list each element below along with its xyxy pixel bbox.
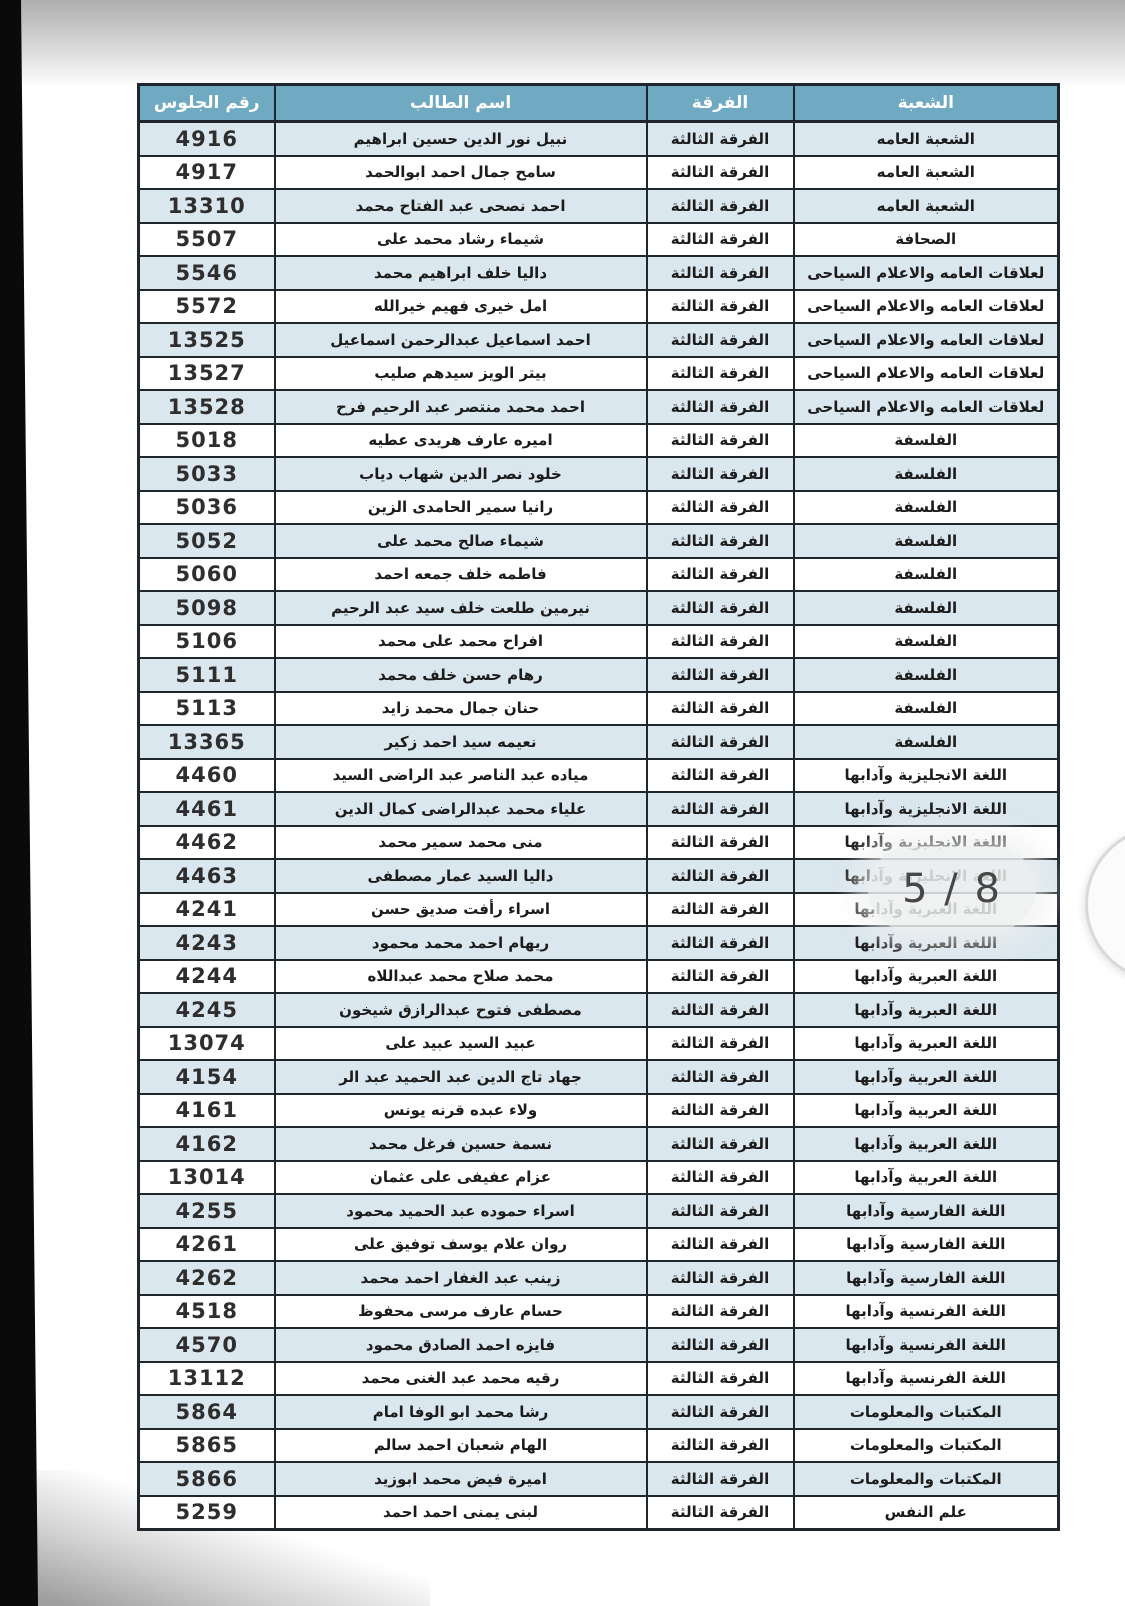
student-name-cell: ريهام احمد محمد محمود	[275, 926, 647, 960]
student-name-cell: عزام عفيفى على عثمان	[275, 1161, 647, 1195]
seat-number-cell: 5866	[139, 1462, 275, 1496]
student-name-cell: مصطفى فتوح عبدالرازق شيخون	[275, 993, 647, 1027]
section-cell: اللغة العربية وآدابها	[794, 1060, 1059, 1094]
section-cell: الفلسفة	[794, 625, 1059, 659]
student-name-cell: نعيمه سيد احمد زكير	[275, 725, 647, 759]
header-row: الشعبة الفرقة اسم الطالب رقم الجلوس	[139, 85, 1059, 122]
table-row: اللغة الفرنسية وآدابهاالفرقة الثالثةفايز…	[139, 1328, 1059, 1362]
year-cell: الفرقة الثالثة	[647, 826, 794, 860]
seat-number-cell: 13310	[139, 189, 275, 223]
year-cell: الفرقة الثالثة	[647, 759, 794, 793]
seat-number-cell: 4161	[139, 1094, 275, 1128]
section-cell: الفلسفة	[794, 424, 1059, 458]
seat-number-cell: 13527	[139, 357, 275, 391]
seat-number-cell: 4255	[139, 1194, 275, 1228]
seat-number-cell: 5052	[139, 524, 275, 558]
year-cell: الفرقة الثالثة	[647, 1027, 794, 1061]
student-name-cell: رشا محمد ابو الوفا امام	[275, 1395, 647, 1429]
table-row: اللغة العربية وآدابهاالفرقة الثالثةنسمة …	[139, 1127, 1059, 1161]
seat-number-cell: 13528	[139, 390, 275, 424]
seat-number-cell: 4262	[139, 1261, 275, 1295]
section-cell: لعلاقات العامه والاعلام السياحى	[794, 357, 1059, 391]
section-cell: المكتبات والمعلومات	[794, 1429, 1059, 1463]
section-cell: اللغة الانجليزية وآدابها	[794, 759, 1059, 793]
seat-number-cell: 13365	[139, 725, 275, 759]
year-cell: الفرقة الثالثة	[647, 256, 794, 290]
student-name-cell: احمد محمد منتصر عبد الرحيم فرح	[275, 390, 647, 424]
section-cell: المكتبات والمعلومات	[794, 1395, 1059, 1429]
student-name-cell: حسام عارف مرسى محفوظ	[275, 1295, 647, 1329]
year-cell: الفرقة الثالثة	[647, 725, 794, 759]
year-cell: الفرقة الثالثة	[647, 189, 794, 223]
year-cell: الفرقة الثالثة	[647, 1395, 794, 1429]
year-cell: الفرقة الثالثة	[647, 893, 794, 927]
student-name-cell: اسراء رأفت صديق حسن	[275, 893, 647, 927]
section-cell: اللغة العبرية وآدابها	[794, 993, 1059, 1027]
table-row: لعلاقات العامه والاعلام السياحىالفرقة ال…	[139, 290, 1059, 324]
table-row: اللغة الفارسية وآدابهاالفرقة الثالثةروان…	[139, 1228, 1059, 1262]
section-cell: الشعبة العامه	[794, 122, 1059, 156]
year-cell: الفرقة الثالثة	[647, 1295, 794, 1329]
student-seat-table: الشعبة الفرقة اسم الطالب رقم الجلوس الشع…	[137, 83, 1060, 1531]
student-name-cell: اسراء حموده عبد الحميد محمود	[275, 1194, 647, 1228]
page-indicator: 5 / 8	[868, 846, 1036, 932]
seat-number-cell: 4154	[139, 1060, 275, 1094]
year-cell: الفرقة الثالثة	[647, 1228, 794, 1262]
student-name-cell: داليا خلف ابراهيم محمد	[275, 256, 647, 290]
table-row: اللغة العربية وآدابهاالفرقة الثالثةجهاد …	[139, 1060, 1059, 1094]
table-row: اللغة الانجليزية وآدابهاالفرقة الثالثةمي…	[139, 759, 1059, 793]
seat-number-cell: 4570	[139, 1328, 275, 1362]
year-cell: الفرقة الثالثة	[647, 223, 794, 257]
seat-number-cell: 4241	[139, 893, 275, 927]
seat-number-cell: 5546	[139, 256, 275, 290]
seat-number-cell: 4917	[139, 156, 275, 190]
section-cell: لعلاقات العامه والاعلام السياحى	[794, 390, 1059, 424]
student-name-cell: نبيل نور الدين حسين ابراهيم	[275, 122, 647, 156]
seat-number-cell: 13074	[139, 1027, 275, 1061]
seat-number-cell: 5098	[139, 591, 275, 625]
seat-number-cell: 4244	[139, 960, 275, 994]
student-name-cell: منى محمد سمير محمد	[275, 826, 647, 860]
student-name-cell: رانيا سمير الحامدى الزين	[275, 491, 647, 525]
student-name-cell: حنان جمال محمد زايد	[275, 692, 647, 726]
year-cell: الفرقة الثالثة	[647, 357, 794, 391]
year-cell: الفرقة الثالثة	[647, 658, 794, 692]
student-name-cell: علياء محمد عبدالراضى كمال الدين	[275, 792, 647, 826]
student-name-cell: نسمة حسين فرغل محمد	[275, 1127, 647, 1161]
table-row: لعلاقات العامه والاعلام السياحىالفرقة ال…	[139, 256, 1059, 290]
column-header-student-name: اسم الطالب	[275, 85, 647, 122]
document-viewer: { "document": { "page_indicator": "5 / 8…	[0, 0, 1125, 1606]
seat-number-cell: 4463	[139, 859, 275, 893]
section-cell: الشعبة العامه	[794, 156, 1059, 190]
seat-number-cell: 5036	[139, 491, 275, 525]
seat-number-cell: 4461	[139, 792, 275, 826]
year-cell: الفرقة الثالثة	[647, 1161, 794, 1195]
student-name-cell: لبنى يمنى احمد احمد	[275, 1496, 647, 1530]
section-cell: الفلسفة	[794, 491, 1059, 525]
table-row: المكتبات والمعلوماتالفرقة الثالثةالهام ش…	[139, 1429, 1059, 1463]
table-row: الفلسفةالفرقة الثالثةرهام حسن خلف محمد51…	[139, 658, 1059, 692]
section-cell: اللغة العربية وآدابها	[794, 1127, 1059, 1161]
seat-number-cell: 13112	[139, 1362, 275, 1396]
section-cell: اللغة العربية وآدابها	[794, 1094, 1059, 1128]
year-cell: الفرقة الثالثة	[647, 524, 794, 558]
table-row: الفلسفةالفرقة الثالثةشيماء صالح محمد على…	[139, 524, 1059, 558]
seat-number-cell: 5106	[139, 625, 275, 659]
section-cell: اللغة العبرية وآدابها	[794, 1027, 1059, 1061]
section-cell: لعلاقات العامه والاعلام السياحى	[794, 323, 1059, 357]
table-row: لعلاقات العامه والاعلام السياحىالفرقة ال…	[139, 323, 1059, 357]
year-cell: الفرقة الثالثة	[647, 457, 794, 491]
section-cell: اللغة الفارسية وآدابها	[794, 1261, 1059, 1295]
year-cell: الفرقة الثالثة	[647, 1496, 794, 1530]
photo-top-shadow	[0, 0, 1125, 88]
seat-number-cell: 4261	[139, 1228, 275, 1262]
section-cell: اللغة الفرنسية وآدابها	[794, 1328, 1059, 1362]
table-row: الفلسفةالفرقة الثالثةنيرمين طلعت خلف سيد…	[139, 591, 1059, 625]
section-cell: لعلاقات العامه والاعلام السياحى	[794, 256, 1059, 290]
table-row: علم النفسالفرقة الثالثةلبنى يمنى احمد اح…	[139, 1496, 1059, 1530]
student-name-cell: افراح محمد على محمد	[275, 625, 647, 659]
seat-number-cell: 5113	[139, 692, 275, 726]
seat-number-cell: 5018	[139, 424, 275, 458]
section-cell: علم النفس	[794, 1496, 1059, 1530]
year-cell: الفرقة الثالثة	[647, 926, 794, 960]
section-cell: المكتبات والمعلومات	[794, 1462, 1059, 1496]
table-row: اللغة الانجليزية وآدابهاالفرقة الثالثةعل…	[139, 792, 1059, 826]
section-cell: الفلسفة	[794, 457, 1059, 491]
year-cell: الفرقة الثالثة	[647, 993, 794, 1027]
student-name-cell: جهاد تاج الدين عبد الحميد عبد الر	[275, 1060, 647, 1094]
column-header-seat-number: رقم الجلوس	[139, 85, 275, 122]
seat-number-cell: 4243	[139, 926, 275, 960]
table-row: الصحافةالفرقة الثالثةشيماء رشاد محمد على…	[139, 223, 1059, 257]
section-cell: اللغة الفرنسية وآدابها	[794, 1295, 1059, 1329]
year-cell: الفرقة الثالثة	[647, 859, 794, 893]
seat-number-cell: 5507	[139, 223, 275, 257]
student-name-cell: احمد اسماعيل عبدالرحمن اسماعيل	[275, 323, 647, 357]
column-header-section: الشعبة	[794, 85, 1059, 122]
year-cell: الفرقة الثالثة	[647, 1127, 794, 1161]
table-row: المكتبات والمعلوماتالفرقة الثالثةرشا محم…	[139, 1395, 1059, 1429]
seat-number-cell: 4518	[139, 1295, 275, 1329]
section-cell: اللغة العبرية وآدابها	[794, 960, 1059, 994]
section-cell: اللغة الانجليزية وآدابها	[794, 792, 1059, 826]
year-cell: الفرقة الثالثة	[647, 424, 794, 458]
year-cell: الفرقة الثالثة	[647, 1328, 794, 1362]
seat-number-cell: 5259	[139, 1496, 275, 1530]
seat-number-cell: 5864	[139, 1395, 275, 1429]
table-row: اللغة الفرنسية وآدابهاالفرقة الثالثةرقيه…	[139, 1362, 1059, 1396]
section-cell: الشعبة العامه	[794, 189, 1059, 223]
student-name-cell: اميره عارف هريدى عطيه	[275, 424, 647, 458]
section-cell: اللغة الفرنسية وآدابها	[794, 1362, 1059, 1396]
year-cell: الفرقة الثالثة	[647, 156, 794, 190]
year-cell: الفرقة الثالثة	[647, 122, 794, 156]
year-cell: الفرقة الثالثة	[647, 491, 794, 525]
seat-number-cell: 4916	[139, 122, 275, 156]
student-name-cell: رهام حسن خلف محمد	[275, 658, 647, 692]
year-cell: الفرقة الثالثة	[647, 692, 794, 726]
seat-number-cell: 4162	[139, 1127, 275, 1161]
student-name-cell: محمد صلاح محمد عبداللاه	[275, 960, 647, 994]
year-cell: الفرقة الثالثة	[647, 290, 794, 324]
student-name-cell: روان علام يوسف توفيق على	[275, 1228, 647, 1262]
table-row: اللغة الفارسية وآدابهاالفرقة الثالثةزينب…	[139, 1261, 1059, 1295]
student-name-cell: شيماء صالح محمد على	[275, 524, 647, 558]
year-cell: الفرقة الثالثة	[647, 558, 794, 592]
column-header-year: الفرقة	[647, 85, 794, 122]
section-cell: الصحافة	[794, 223, 1059, 257]
year-cell: الفرقة الثالثة	[647, 960, 794, 994]
student-name-cell: زينب عبد الغفار احمد محمد	[275, 1261, 647, 1295]
year-cell: الفرقة الثالثة	[647, 1429, 794, 1463]
student-name-cell: داليا السيد عمار مصطفى	[275, 859, 647, 893]
seat-number-cell: 5111	[139, 658, 275, 692]
student-name-cell: مياده عبد الناصر عبد الراضى السيد	[275, 759, 647, 793]
scroll-handle-button[interactable]	[1085, 826, 1125, 982]
student-name-cell: اميرة فيض محمد ابوزيد	[275, 1462, 647, 1496]
table-row: الفلسفةالفرقة الثالثةفاطمه خلف جمعه احمد…	[139, 558, 1059, 592]
student-name-cell: خلود نصر الدين شهاب دياب	[275, 457, 647, 491]
table-row: الشعبة العامهالفرقة الثالثةاحمد نصحى عبد…	[139, 189, 1059, 223]
year-cell: الفرقة الثالثة	[647, 1462, 794, 1496]
section-cell: الفلسفة	[794, 692, 1059, 726]
seat-number-cell: 5572	[139, 290, 275, 324]
year-cell: الفرقة الثالثة	[647, 625, 794, 659]
table-row: المكتبات والمعلوماتالفرقة الثالثةاميرة ف…	[139, 1462, 1059, 1496]
photo-edge-bar	[0, 0, 40, 1606]
table-header: الشعبة الفرقة اسم الطالب رقم الجلوس	[139, 85, 1059, 122]
student-name-cell: بيتر الويز سيدهم صليب	[275, 357, 647, 391]
year-cell: الفرقة الثالثة	[647, 1194, 794, 1228]
student-name-cell: احمد نصحى عبد الفتاح محمد	[275, 189, 647, 223]
section-cell: الفلسفة	[794, 558, 1059, 592]
seat-number-cell: 5060	[139, 558, 275, 592]
section-cell: اللغة الفارسية وآدابها	[794, 1228, 1059, 1262]
student-name-cell: فاطمه خلف جمعه احمد	[275, 558, 647, 592]
student-name-cell: شيماء رشاد محمد على	[275, 223, 647, 257]
section-cell: الفلسفة	[794, 591, 1059, 625]
seat-number-cell: 5033	[139, 457, 275, 491]
section-cell: الفلسفة	[794, 658, 1059, 692]
table-row: اللغة العربية وآدابهاالفرقة الثالثةعزام …	[139, 1161, 1059, 1195]
seat-number-cell: 4462	[139, 826, 275, 860]
student-name-cell: فايزه احمد الصادق محمود	[275, 1328, 647, 1362]
section-cell: الفلسفة	[794, 524, 1059, 558]
table-row: اللغة الفارسية وآدابهاالفرقة الثالثةاسرا…	[139, 1194, 1059, 1228]
table-row: اللغة العبرية وآدابهاالفرقة الثالثةمحمد …	[139, 960, 1059, 994]
table-row: اللغة العبرية وآدابهاالفرقة الثالثةعبيد …	[139, 1027, 1059, 1061]
year-cell: الفرقة الثالثة	[647, 390, 794, 424]
section-cell: اللغة العربية وآدابها	[794, 1161, 1059, 1195]
year-cell: الفرقة الثالثة	[647, 792, 794, 826]
student-name-cell: ولاء عبده قرنه يونس	[275, 1094, 647, 1128]
seat-number-cell: 13014	[139, 1161, 275, 1195]
student-name-cell: الهام شعبان احمد سالم	[275, 1429, 647, 1463]
table-row: الشعبة العامهالفرقة الثالثةنبيل نور الدي…	[139, 122, 1059, 156]
student-name-cell: عبيد السيد عبيد على	[275, 1027, 647, 1061]
student-name-cell: سامح جمال احمد ابوالحمد	[275, 156, 647, 190]
table-row: الفلسفةالفرقة الثالثةاميره عارف هريدى عط…	[139, 424, 1059, 458]
table-row: اللغة الفرنسية وآدابهاالفرقة الثالثةحسام…	[139, 1295, 1059, 1329]
student-name-cell: نيرمين طلعت خلف سيد عبد الرحيم	[275, 591, 647, 625]
section-cell: الفلسفة	[794, 725, 1059, 759]
seat-number-cell: 4245	[139, 993, 275, 1027]
year-cell: الفرقة الثالثة	[647, 1060, 794, 1094]
seat-number-cell: 5865	[139, 1429, 275, 1463]
year-cell: الفرقة الثالثة	[647, 323, 794, 357]
table-row: الشعبة العامهالفرقة الثالثةسامح جمال احم…	[139, 156, 1059, 190]
section-cell: لعلاقات العامه والاعلام السياحى	[794, 290, 1059, 324]
table-row: الفلسفةالفرقة الثالثةخلود نصر الدين شهاب…	[139, 457, 1059, 491]
table-row: اللغة العبرية وآدابهاالفرقة الثالثةمصطفى…	[139, 993, 1059, 1027]
table-row: اللغة العربية وآدابهاالفرقة الثالثةولاء …	[139, 1094, 1059, 1128]
table-row: لعلاقات العامه والاعلام السياحىالفرقة ال…	[139, 357, 1059, 391]
seat-number-cell: 4460	[139, 759, 275, 793]
table-row: لعلاقات العامه والاعلام السياحىالفرقة ال…	[139, 390, 1059, 424]
year-cell: الفرقة الثالثة	[647, 1362, 794, 1396]
seat-number-cell: 13525	[139, 323, 275, 357]
student-table-body: الشعبة العامهالفرقة الثالثةنبيل نور الدي…	[139, 122, 1059, 1530]
table-row: الفلسفةالفرقة الثالثةنعيمه سيد احمد زكير…	[139, 725, 1059, 759]
year-cell: الفرقة الثالثة	[647, 591, 794, 625]
student-name-cell: رقيه محمد عبد الغنى محمد	[275, 1362, 647, 1396]
year-cell: الفرقة الثالثة	[647, 1094, 794, 1128]
table-row: الفلسفةالفرقة الثالثةحنان جمال محمد زايد…	[139, 692, 1059, 726]
student-name-cell: امل خيرى فهيم خيرالله	[275, 290, 647, 324]
section-cell: اللغة الفارسية وآدابها	[794, 1194, 1059, 1228]
table-row: الفلسفةالفرقة الثالثةافراح محمد على محمد…	[139, 625, 1059, 659]
year-cell: الفرقة الثالثة	[647, 1261, 794, 1295]
table-row: الفلسفةالفرقة الثالثةرانيا سمير الحامدى …	[139, 491, 1059, 525]
